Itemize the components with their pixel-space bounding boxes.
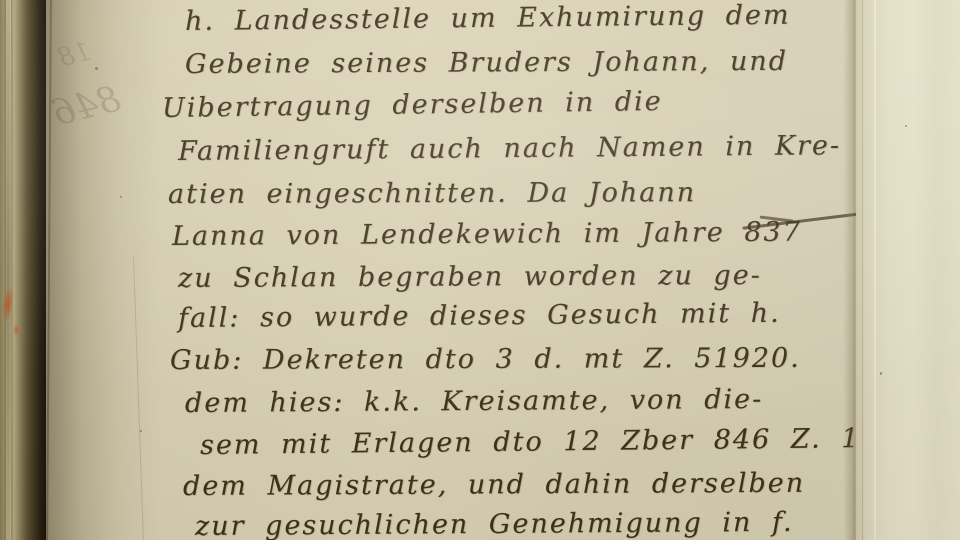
manuscript-line: atien eingeschnitten. Da Johann [168, 177, 696, 210]
manuscript-line: Lanna von Lendekewich im Jahre 837 [172, 217, 802, 252]
binding-highlight [6, 0, 11, 540]
manuscript-line: zur gesuchlichen Genehmigung in f. [195, 507, 794, 540]
paper-speck [140, 430, 142, 432]
manuscript-line: Uibertragung derselben in die [162, 86, 663, 124]
manuscript-line: Familiengruft auch nach Namen in Kre- [178, 130, 841, 167]
paper-speck [120, 196, 122, 198]
fore-edge-strip [856, 0, 960, 540]
manuscript-line: zu Schlan begraben worden zu ge- [178, 260, 762, 294]
manuscript-line: fall: so wurde dieses Gesuch mit h. [178, 298, 781, 334]
manuscript-line: Gebeine seines Bruders Johann, und [185, 46, 788, 80]
manuscript-photo: 18 846 h. Landesstelle um Exhumirung dem… [0, 0, 960, 540]
paper-speck [905, 125, 907, 127]
gutter-shadow [46, 0, 161, 540]
manuscript-line: h. Landesstelle um Exhumirung dem [185, 0, 791, 37]
page-edge-line [862, 0, 863, 540]
manuscript-line: Gub: Dekreten dto 3 d. mt Z. 51920. [170, 343, 801, 376]
paper-speck [95, 67, 98, 70]
manuscript-line: dem Magistrate, und dahin derselben [183, 468, 805, 502]
manuscript-line: dem hies: k.k. Kreisamte, von die- [185, 384, 763, 419]
page-edge-highlight [874, 0, 876, 540]
manuscript-line: sem mit Erlagen dto 12 Zber 846 Z. 13217 [200, 422, 937, 461]
paper-speck [880, 372, 882, 375]
